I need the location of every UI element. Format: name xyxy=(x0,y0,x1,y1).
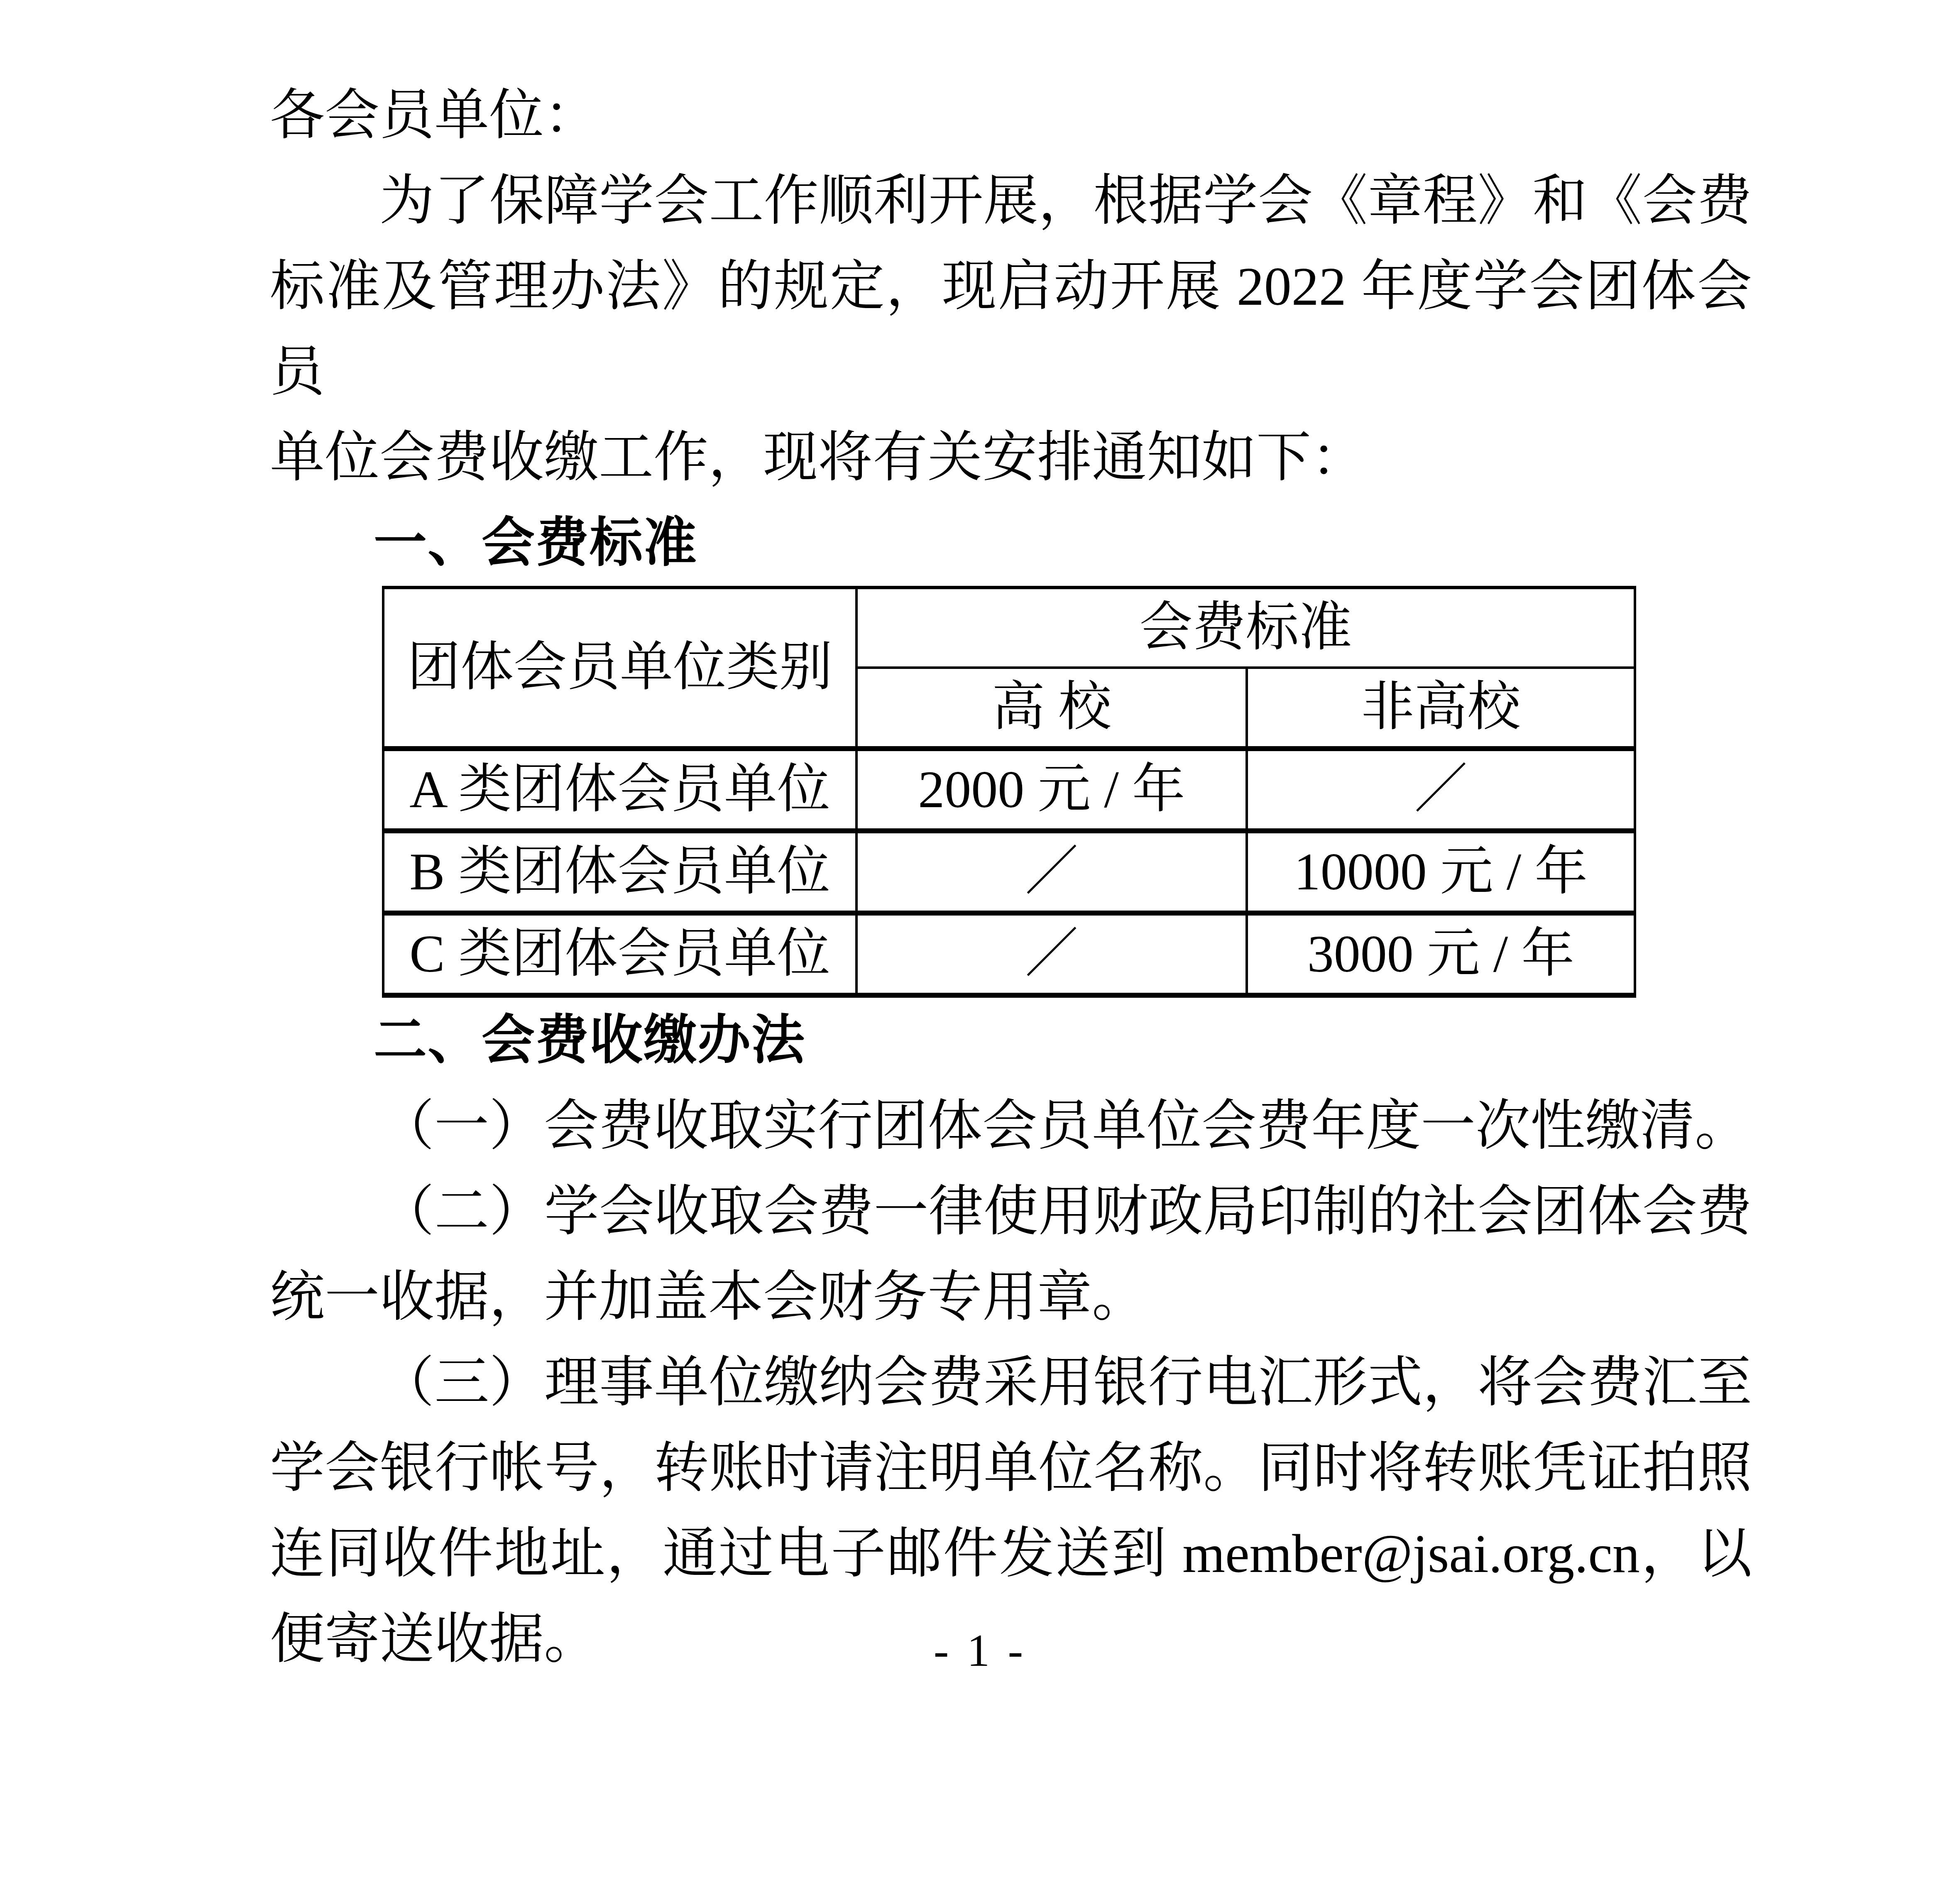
table-row-c: C 类团体会员单位 ／ 3000 元 / 年 xyxy=(383,913,1635,995)
method-item-2-line-1: （二）学会收取会费一律使用财政局印制的社会团体会费 xyxy=(270,1169,1752,1254)
salutation: 各会员单位： xyxy=(270,73,1752,158)
table-header-row-1: 团体会员单位类别 会费标准 xyxy=(383,588,1635,668)
cell-university-fee-c: ／ xyxy=(856,913,1247,995)
method-item-1: （一）会费收取实行团体会员单位会费年度一次性缴清。 xyxy=(270,1083,1752,1169)
method-item-3-line-3-tail: ，以 xyxy=(1640,1523,1752,1584)
cell-category-a: A 类团体会员单位 xyxy=(383,749,856,831)
table-fee-header: 会费标准 xyxy=(856,588,1635,668)
cell-category-b: B 类团体会员单位 xyxy=(383,831,856,913)
table-col-university: 高 校 xyxy=(856,668,1247,749)
document-content: 各会员单位： 为了保障学会工作顺利开展，根据学会《章程》和《会费 标准及管理办法… xyxy=(0,0,1960,1682)
cell-category-c: C 类团体会员单位 xyxy=(383,913,856,995)
cell-non-university-fee-a: ／ xyxy=(1247,749,1635,831)
cell-non-university-fee-b: 10000 元 / 年 xyxy=(1247,831,1635,913)
cell-university-fee-a: 2000 元 / 年 xyxy=(856,749,1247,831)
section1-heading: 一、会费标准 xyxy=(270,500,1752,586)
email-address: member@jsai.org.cn xyxy=(1182,1523,1640,1584)
intro-line-2: 标准及管理办法》的规定，现启动开展 2022 年度学会团体会员 xyxy=(270,244,1752,415)
method-item-2-line-2: 统一收据，并加盖本会财务专用章。 xyxy=(270,1254,1752,1340)
intro-line-3: 单位会费收缴工作，现将有关安排通知如下： xyxy=(270,415,1752,500)
section2-heading: 二、会费收缴办法 xyxy=(270,998,1752,1083)
table-category-header: 团体会员单位类别 xyxy=(383,588,856,749)
table-row-b: B 类团体会员单位 ／ 10000 元 / 年 xyxy=(383,831,1635,913)
table-row-a: A 类团体会员单位 2000 元 / 年 ／ xyxy=(383,749,1635,831)
fee-standard-table: 团体会员单位类别 会费标准 高 校 非高校 A 类团体会员单位 2000 元 /… xyxy=(382,586,1636,998)
cell-university-fee-b: ／ xyxy=(856,831,1247,913)
method-item-3-line-2: 学会银行帐号，转账时请注明单位名称。同时将转账凭证拍照 xyxy=(270,1425,1752,1511)
method-item-3-line-3-text: 连同收件地址，通过电子邮件发送到 xyxy=(270,1523,1182,1584)
cell-non-university-fee-c: 3000 元 / 年 xyxy=(1247,913,1635,995)
intro-line-1: 为了保障学会工作顺利开展，根据学会《章程》和《会费 xyxy=(270,158,1752,244)
page-number: - 1 - xyxy=(0,1621,1960,1680)
method-item-3-line-3: 连同收件地址，通过电子邮件发送到 member@jsai.org.cn，以 xyxy=(270,1511,1752,1596)
table-col-non-university: 非高校 xyxy=(1247,668,1635,749)
method-item-3-line-1: （三）理事单位缴纳会费采用银行电汇形式，将会费汇至 xyxy=(270,1340,1752,1425)
document-page: 各会员单位： 为了保障学会工作顺利开展，根据学会《章程》和《会费 标准及管理办法… xyxy=(0,0,1960,1900)
